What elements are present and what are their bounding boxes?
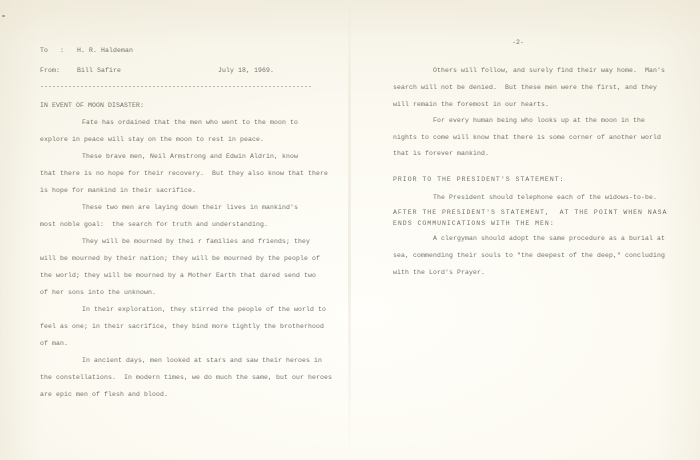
memo-line: that there is no hope for their recovery… — [40, 169, 328, 179]
memo-title: IN EVENT OF MOON DISASTER: — [40, 101, 144, 111]
memo-page-1: To : H. R. Haldeman From: Bill Safire Ju… — [0, 0, 350, 460]
memo-line: These brave men, Neil Armstrong and Edwi… — [82, 152, 298, 162]
memo-line: with the Lord's Prayer. — [393, 268, 485, 278]
memo-line: search will not be denied. But these men… — [393, 83, 657, 93]
memo-line: nights to come will know that there is s… — [393, 133, 661, 143]
section-heading-prior: PRIOR TO THE PRESIDENT'S STATEMENT: — [393, 175, 565, 185]
memo-line: is hope for mankind in their sacrifice. — [40, 186, 196, 196]
section-heading-after-line2: ENDS COMMUNICATIONS WITH THE MEN: — [393, 219, 555, 229]
memo-line: will be mourned by their nation; they wi… — [40, 254, 320, 264]
memo-line: In ancient days, men looked at stars and… — [82, 356, 322, 366]
page-number: -2- — [393, 38, 643, 48]
memo-line: Fate has ordained that the men who went … — [82, 118, 298, 128]
to-value: H. R. Haldeman — [77, 46, 133, 56]
memo-scan: To : H. R. Haldeman From: Bill Safire Ju… — [0, 0, 700, 460]
section-heading-after-line1: AFTER THE PRESIDENT'S STATEMENT, AT THE … — [393, 208, 667, 218]
memo-line: In their exploration, they stirred the p… — [82, 305, 326, 315]
memo-line: explore in peace will stay on the moon t… — [40, 135, 264, 145]
memo-line: Others will follow, and surely find thei… — [433, 66, 665, 76]
memo-line: They will be mourned by thei r families … — [82, 237, 310, 247]
memo-line: These two men are laying down their live… — [82, 203, 298, 213]
memo-line: are epic men of flesh and blood. — [40, 390, 168, 400]
memo-line: feel as one; in their sacrifice, they bi… — [40, 322, 324, 332]
memo-line: will remain the foremost in our hearts. — [393, 100, 549, 110]
from-value: Bill Safire — [77, 66, 121, 76]
divider-line: ----------------------------------------… — [40, 82, 312, 92]
memo-line: of man. — [40, 339, 68, 349]
memo-page-2: -2- Others will follow, and surely find … — [350, 0, 700, 460]
memo-line: The President should telephone each of t… — [433, 193, 657, 203]
to-label: To : — [40, 46, 64, 56]
memo-line: the world; they will be mourned by a Mot… — [40, 271, 316, 281]
memo-line: A clergyman should adopt the same proced… — [433, 234, 665, 244]
memo-line: of her sons into the unknown. — [40, 288, 156, 298]
memo-line: most noble goal: the search for truth an… — [40, 220, 268, 230]
memo-line: For every human being who looks up at th… — [433, 116, 645, 126]
memo-line: the constellations. In modern times, we … — [40, 373, 332, 383]
from-label: From: — [40, 66, 60, 76]
memo-line: sea, commending their souls to "the deep… — [393, 251, 665, 261]
memo-line: that is forever mankind. — [393, 149, 489, 159]
memo-date: July 18, 1969. — [218, 66, 274, 76]
